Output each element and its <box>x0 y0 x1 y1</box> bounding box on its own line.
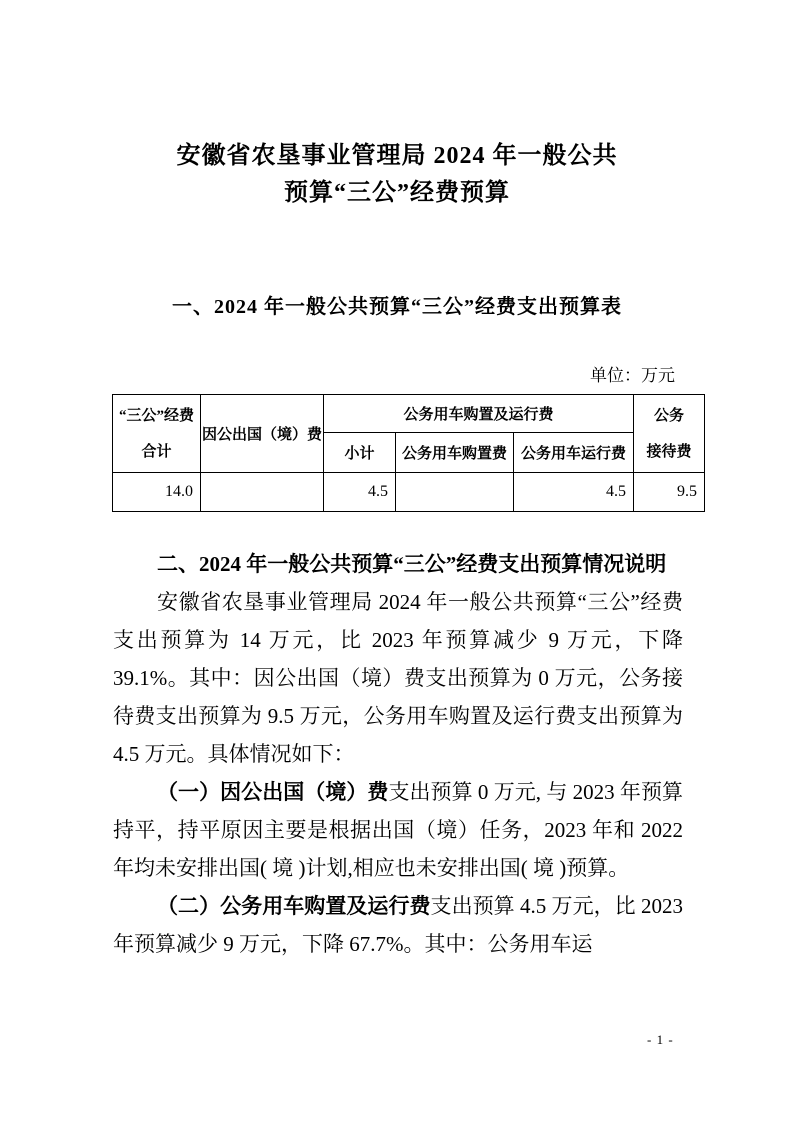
cell-total-value: 14.0 <box>113 473 201 512</box>
paragraph-abroad-lead: （一）因公出国（境）费 <box>157 780 388 804</box>
paragraph-abroad: （一）因公出国（境）费支出预算 0 万元, 与 2023 年预算持平，持平原因主… <box>113 773 683 887</box>
table-data-row: 14.0 4.5 4.5 9.5 <box>113 473 705 512</box>
header-total-text: “三公”经费合计 <box>119 398 194 470</box>
cell-operation-value: 4.5 <box>514 473 634 512</box>
header-vehicle-band: 公务用车购置及运行费 <box>324 395 634 433</box>
header-subtotal: 小计 <box>324 433 396 473</box>
three-public-budget-table: “三公”经费合计 因公出国（境）费 公务用车购置及运行费 公务接待费 小计 公务… <box>112 394 705 512</box>
header-reception-text: 公务接待费 <box>647 398 692 470</box>
header-total: “三公”经费合计 <box>113 395 201 473</box>
header-total-line2: 合计 <box>141 444 171 460</box>
paragraph-overview: 安徽省农垦事业管理局 2024 年一般公共预算“三公”经费支出预算为 14 万元… <box>113 583 683 773</box>
section1-heading: 一、2024 年一般公共预算“三公”经费支出预算表 <box>0 290 794 319</box>
header-operation: 公务用车运行费 <box>514 433 634 473</box>
body-text: 二、2024 年一般公共预算“三公”经费支出预算情况说明 安徽省农垦事业管理局 … <box>113 545 683 963</box>
section2-heading: 二、2024 年一般公共预算“三公”经费支出预算情况说明 <box>113 545 683 583</box>
document-title-line1: 安徽省农垦事业管理局 2024 年一般公共 <box>0 138 794 175</box>
header-reception-line2: 接待费 <box>647 444 692 460</box>
cell-subtotal-value: 4.5 <box>324 473 396 512</box>
header-total-line1: “三公”经费 <box>119 408 194 424</box>
cell-abroad-value <box>201 473 324 512</box>
paragraph-vehicle: （二）公务用车购置及运行费支出预算 4.5 万元，比 2023 年预算减少 9 … <box>113 887 683 963</box>
document-title: 安徽省农垦事业管理局 2024 年一般公共 预算“三公”经费预算 <box>0 138 794 212</box>
header-reception-line1: 公务 <box>654 408 684 424</box>
cell-purchase-value <box>396 473 514 512</box>
document-page: 安徽省农垦事业管理局 2024 年一般公共 预算“三公”经费预算 一、2024 … <box>0 0 794 1123</box>
header-reception: 公务接待费 <box>634 395 705 473</box>
page-number: - 1 - <box>647 1032 674 1048</box>
table-header-row-1: “三公”经费合计 因公出国（境）费 公务用车购置及运行费 公务接待费 <box>113 395 705 433</box>
header-abroad: 因公出国（境）费 <box>201 395 324 473</box>
paragraph-vehicle-lead: （二）公务用车购置及运行费 <box>157 894 431 918</box>
header-purchase: 公务用车购置费 <box>396 433 514 473</box>
cell-reception-value: 9.5 <box>634 473 705 512</box>
document-title-line2: 预算“三公”经费预算 <box>0 175 794 212</box>
unit-note: 单位：万元 <box>113 361 675 386</box>
